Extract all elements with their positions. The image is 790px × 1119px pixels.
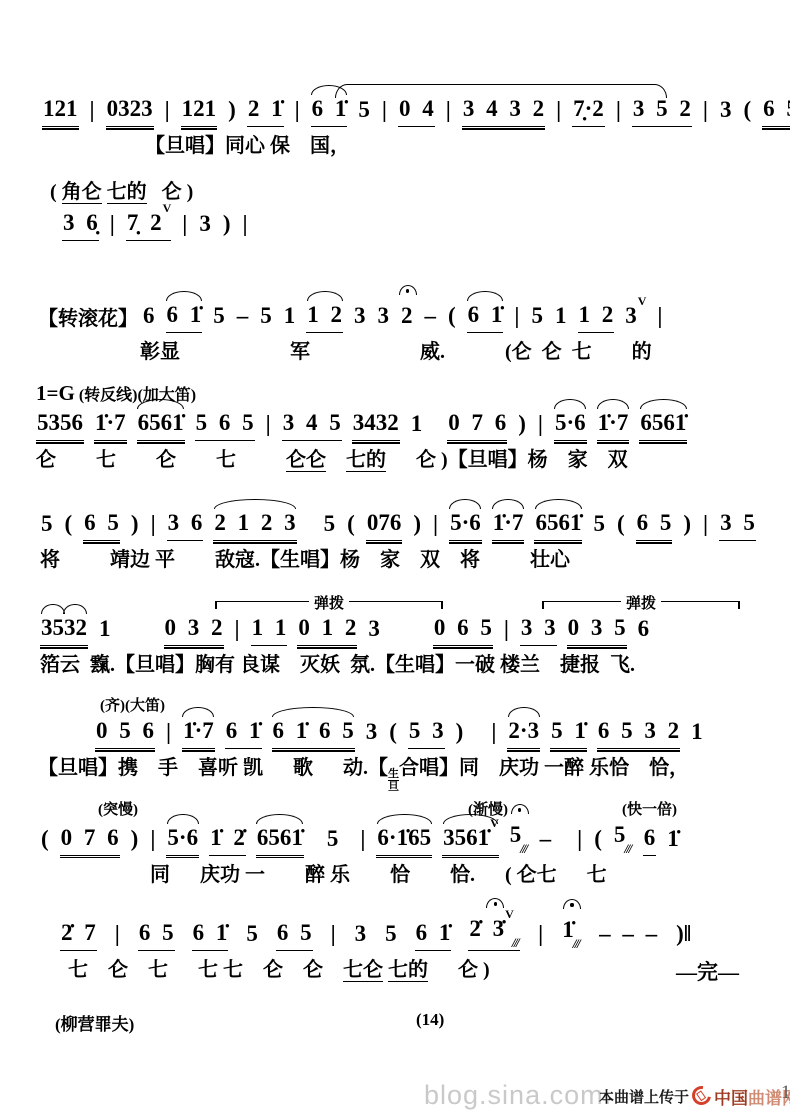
note-text: 6 1̇ 6 5 bbox=[273, 718, 354, 743]
note-token: 5 6 5 bbox=[195, 410, 255, 441]
music-system-8: (突慢) (渐慢) (快一倍) (0 7 6)|5·61̇ 2̇6561̇5|6… bbox=[40, 798, 780, 887]
note-token: 5 bbox=[384, 921, 398, 951]
lyric-segment: 仑 ) bbox=[147, 181, 194, 203]
note-token: | bbox=[503, 616, 510, 646]
slur-arc bbox=[167, 814, 199, 824]
note-token: ) bbox=[517, 411, 527, 441]
note-text: 6 5 bbox=[277, 920, 312, 945]
tremolo-mark: /// bbox=[512, 935, 518, 950]
note-text: ( bbox=[617, 511, 625, 536]
slur-arc bbox=[467, 291, 503, 301]
note-text: 6 bbox=[644, 825, 656, 850]
lyric-segment: 同 庆功 一 醉 乐 恰 恰. ( 仑七 七 bbox=[150, 864, 607, 886]
note-token: 076 bbox=[366, 510, 403, 541]
plucked-strings-bracket-1: 弹拨 bbox=[215, 601, 443, 610]
lyrics-line: 七 仑 七 七 七 仑 仑 七仑 七的 仑 ) bbox=[68, 958, 709, 982]
note-token: 5356 bbox=[36, 410, 84, 441]
notes-line: 3 6̣|7̣ 2V|3)| bbox=[62, 210, 259, 241]
note-text: 3 bbox=[368, 616, 380, 641]
note-token: 5 bbox=[326, 826, 340, 856]
note-text: 0 4 bbox=[399, 96, 434, 121]
stacked-role-char: 生 bbox=[388, 768, 399, 781]
site-brand-name: 中国曲谱网 bbox=[714, 1084, 790, 1109]
note-text: | bbox=[538, 921, 543, 946]
note-token: 5 1̇ bbox=[550, 718, 587, 749]
note-token: 6 1̇ 6 5 bbox=[272, 718, 355, 749]
note-token: | bbox=[576, 826, 583, 856]
lyric-segment: 仑仑 bbox=[286, 449, 326, 472]
note-text: ( bbox=[41, 826, 49, 851]
note-text: 3561̇ bbox=[443, 825, 489, 850]
note-token: 1̇·7 bbox=[182, 718, 215, 749]
note-text: 3 3 bbox=[521, 615, 556, 640]
note-text: | bbox=[577, 826, 582, 851]
note-text: ( bbox=[448, 303, 456, 328]
note-text: 6 5 3 2 bbox=[598, 718, 679, 743]
note-text: | bbox=[331, 921, 336, 946]
key-annotation: (转反线)(加大笛) bbox=[79, 387, 196, 404]
note-text: | bbox=[151, 511, 156, 536]
note-token: 3532 bbox=[40, 615, 88, 646]
note-token: 6 5 bbox=[83, 510, 120, 541]
upload-credit-text: 本曲谱上传于 bbox=[599, 1086, 689, 1107]
note-token: | bbox=[330, 921, 337, 951]
note-token: 5 bbox=[531, 303, 545, 333]
note-token: | bbox=[265, 411, 272, 441]
lyric-segment: 【旦唱】携 手 喜听 凯 歌 动.【 bbox=[38, 757, 388, 779]
note-text: – bbox=[425, 303, 437, 328]
note-token: 6 1̇ bbox=[311, 96, 348, 127]
note-text: 0323 bbox=[107, 96, 153, 121]
note-token: 3 3 bbox=[520, 615, 557, 646]
note-text: ) bbox=[131, 826, 139, 851]
note-text: | bbox=[504, 616, 509, 641]
note-text: | bbox=[235, 616, 240, 641]
note-token: 1̇ bbox=[666, 826, 680, 856]
note-text: ) bbox=[413, 511, 421, 536]
fermata-icon bbox=[399, 285, 417, 295]
note-text: 6 1̇ bbox=[226, 718, 261, 743]
note-token: 1̇·7 bbox=[94, 410, 127, 441]
note-token: 3 bbox=[377, 303, 391, 333]
note-text: | bbox=[166, 719, 171, 744]
note-token: | bbox=[615, 97, 622, 127]
slur-arc bbox=[214, 499, 296, 509]
note-text: 1 bbox=[284, 303, 296, 328]
note-text: 6·1̇65 bbox=[377, 825, 431, 850]
note-text: 1 bbox=[99, 616, 111, 641]
tremolo-mark: /// bbox=[520, 841, 526, 856]
bracket-label: 弹拨 bbox=[621, 592, 661, 613]
note-text: 6 bbox=[638, 616, 650, 641]
note-text: 2 bbox=[401, 303, 413, 328]
note-token: 121 bbox=[181, 96, 218, 127]
note-token: | bbox=[359, 826, 366, 856]
note-token: | bbox=[381, 97, 388, 127]
note-text: )‖ bbox=[676, 921, 691, 946]
note-text: 1 bbox=[691, 719, 703, 744]
note-text: 1 2 bbox=[579, 302, 614, 327]
music-system-4: 1=G (转反线)(加大笛) 53561̇·76561̇5 6 5|3 4 53… bbox=[36, 381, 697, 472]
note-token: | bbox=[513, 303, 520, 333]
note-token: 1 2 bbox=[306, 302, 343, 333]
brand-cn: 中国 bbox=[714, 1089, 748, 1108]
note-token: 3 5 2 bbox=[632, 96, 692, 127]
note-text: 3532 bbox=[41, 615, 87, 640]
note-text: 1̇·7 bbox=[183, 718, 214, 743]
note-token: 1 bbox=[98, 616, 112, 646]
note-text: 5 bbox=[532, 303, 544, 328]
note-token: | bbox=[114, 921, 121, 951]
note-text: 2 1̇ bbox=[248, 96, 283, 121]
note-text: | bbox=[360, 826, 365, 851]
note-token: | bbox=[165, 719, 172, 749]
note-token: 5·6 bbox=[449, 510, 482, 541]
note-token: 7̣ 2V bbox=[126, 210, 171, 241]
note-token: 3 4 3 2 bbox=[462, 96, 545, 127]
note-token: 5 bbox=[40, 511, 54, 541]
note-token: 0 3 2 bbox=[164, 615, 224, 646]
note-token: 5 3 bbox=[408, 718, 445, 749]
tempo-annotation-sudden-slow: (突慢) bbox=[98, 798, 138, 819]
note-token: 6 1̇ bbox=[166, 302, 203, 333]
note-token: 121 bbox=[42, 96, 79, 127]
note-token: 3 bbox=[365, 719, 379, 749]
note-token: | bbox=[149, 826, 156, 856]
note-text: 121 bbox=[43, 96, 78, 121]
note-text: 1̇·7 bbox=[95, 410, 126, 435]
note-text: | bbox=[266, 411, 271, 436]
note-token: | bbox=[89, 97, 96, 127]
note-token: ( bbox=[64, 511, 74, 541]
note-token: )‖ bbox=[675, 921, 692, 951]
note-text: 5 bbox=[327, 826, 339, 851]
note-text: | bbox=[382, 97, 387, 122]
notes-line: 0 5 6|1̇·76 1̇6 1̇ 6 53(5 3)|2·35 1̇6 5 … bbox=[95, 718, 714, 749]
note-text: 121 bbox=[182, 96, 217, 121]
note-text: ) bbox=[228, 97, 236, 122]
note-token: 5 bbox=[259, 303, 273, 333]
note-token: 5/// bbox=[509, 822, 529, 856]
note-token: | bbox=[234, 616, 241, 646]
note-text: 2̇ 7 bbox=[61, 920, 96, 945]
note-token: 0 5 6 bbox=[95, 718, 155, 749]
fermata-icon bbox=[511, 804, 529, 814]
notes-line: 2̇ 7|6 56 1̇56 5|356 1̇2̇ 3̇V///|1̇///– … bbox=[60, 916, 709, 951]
breath-mark: V bbox=[638, 294, 647, 308]
note-text: 5·6 bbox=[167, 825, 198, 850]
music-system-3: 【转滚花】 66 1̇5–511 2332–(6 1̇|511 23V| 彰显 … bbox=[38, 302, 674, 364]
note-token: | bbox=[432, 511, 439, 541]
lyric-segment bbox=[326, 449, 346, 471]
note-token: | bbox=[109, 211, 116, 241]
note-text: 1̇ bbox=[667, 826, 679, 851]
note-token: 6 5 bbox=[636, 510, 673, 541]
note-token: ( bbox=[40, 826, 50, 856]
note-token: 0323 bbox=[106, 96, 154, 127]
key-signature: 1=G bbox=[36, 381, 75, 405]
fermata-icon bbox=[563, 899, 581, 909]
stacked-role-char: 旦 bbox=[388, 781, 399, 793]
music-system-5: 5(6 5)|3 62 1 2 35(076)|5·61̇·76561̇5(6 … bbox=[40, 510, 766, 572]
note-text: | bbox=[150, 826, 155, 851]
note-token: ) bbox=[455, 719, 465, 749]
slur-arc bbox=[535, 499, 582, 509]
note-token: 1 1 bbox=[251, 615, 288, 646]
slur-arc bbox=[40, 604, 88, 613]
note-text: 6 5 bbox=[637, 510, 672, 535]
note-text: 3 bbox=[625, 303, 637, 328]
note-token: 2̇ 7 bbox=[60, 920, 97, 951]
note-text: 5 bbox=[385, 921, 397, 946]
note-text: | bbox=[165, 97, 170, 122]
note-token: ( bbox=[346, 511, 356, 541]
note-token: 6 5 3 2 bbox=[597, 718, 680, 749]
note-token: 3432 bbox=[352, 410, 400, 441]
note-token: 7̣·2 bbox=[572, 96, 605, 127]
note-text: 1 2 bbox=[307, 302, 342, 327]
note-token: ) bbox=[222, 211, 232, 241]
lyrics-line: ( 角仑 七的 仑 ) bbox=[50, 180, 259, 204]
note-text: 2 1 2 3 bbox=[214, 510, 295, 535]
note-token: 6 5 bbox=[138, 920, 175, 951]
note-token: 2 1̇ bbox=[247, 96, 284, 127]
note-token: | bbox=[490, 719, 497, 749]
fermata-icon bbox=[486, 898, 504, 908]
note-text: 3 bbox=[355, 921, 367, 946]
note-token: 1̇ 2̇ bbox=[209, 825, 246, 856]
sheet-music-page: { "symbols": {"breath": "V", "tremolo": … bbox=[0, 0, 790, 1119]
lyrics-line: 【旦唱】携 手 喜听 凯 歌 动.【生旦合唱】同 庆功 一醉 乐恰 恰， bbox=[38, 756, 714, 793]
note-token: 1̇/// bbox=[561, 917, 581, 951]
note-text: 0 5 6 bbox=[96, 718, 154, 743]
note-text: 1̇·7 bbox=[493, 510, 524, 535]
lyric-segment: 彰显 军 威. (仑 仑 七 的 bbox=[140, 341, 652, 363]
note-text: 6 5 bbox=[139, 920, 174, 945]
note-text: 3 5 bbox=[720, 510, 755, 535]
note-text: 5 bbox=[324, 511, 336, 536]
lyrics-line: 将 靖边 平 敌寇.【生唱】杨 家 双 将 壮心 bbox=[40, 548, 766, 572]
note-text: ( bbox=[594, 826, 602, 851]
note-token: 6561̇ bbox=[256, 825, 304, 856]
tremolo-mark: /// bbox=[573, 936, 579, 951]
note-text: 7̣ 2 bbox=[127, 210, 162, 235]
note-text: 2·3 bbox=[508, 718, 539, 743]
lyric-segment: 七的 bbox=[107, 181, 147, 204]
note-text: ) bbox=[223, 211, 231, 236]
note-token: 1 bbox=[410, 411, 424, 441]
note-text: 0 7 6 bbox=[448, 410, 506, 435]
note-token: 6·1̇65 bbox=[376, 825, 432, 856]
lyric-segment: 七的 bbox=[388, 959, 428, 982]
note-token: 5/// bbox=[613, 822, 633, 856]
note-token: 0 3 5 bbox=[567, 615, 627, 646]
notes-line: 66 1̇5–511 2332–(6 1̇|511 23V| bbox=[142, 302, 674, 333]
note-token: 3 bbox=[719, 97, 733, 127]
note-text: 0 3 5 bbox=[568, 615, 626, 640]
note-text: | bbox=[703, 511, 708, 536]
note-token: 1 bbox=[283, 303, 297, 333]
note-token: | bbox=[181, 211, 188, 241]
note-text: | bbox=[295, 97, 300, 122]
lyrics-line: 同 庆功 一 醉 乐 恰 恰. ( 仑七 七 bbox=[150, 863, 780, 887]
note-text: 6 1̇ bbox=[468, 302, 503, 327]
note-token: | bbox=[537, 411, 544, 441]
note-text: | bbox=[616, 97, 621, 122]
note-token: 2 1 2 3 bbox=[213, 510, 296, 541]
lyrics-line: 彰显 军 威. (仑 仑 七 的 bbox=[140, 340, 674, 364]
note-token: 6 1̇ bbox=[192, 920, 229, 951]
note-token: 2 bbox=[400, 303, 414, 333]
note-text: 3 6̣ bbox=[63, 210, 98, 235]
notes-line: (0 7 6)|5·61̇ 2̇6561̇5|6·1̇653561̇V5///–… bbox=[40, 822, 780, 856]
note-text: 7̣·2 bbox=[573, 96, 604, 121]
note-text: 1 bbox=[411, 411, 423, 436]
lyric-segment: 七的 bbox=[346, 449, 386, 472]
note-token: | bbox=[702, 97, 709, 127]
lyric-segment: 角仑 bbox=[62, 181, 102, 204]
note-token: | bbox=[537, 921, 544, 951]
note-text: 3 4 3 2 bbox=[463, 96, 544, 121]
plucked-strings-bracket-2: 弹拨 bbox=[542, 601, 740, 610]
note-text: 0 3 2 bbox=[165, 615, 223, 640]
key-signature-row: 1=G (转反线)(加大笛) bbox=[36, 381, 697, 406]
note-text: ( bbox=[347, 511, 355, 536]
note-text: 5 bbox=[358, 97, 370, 122]
note-text: | bbox=[90, 97, 95, 122]
note-text: | bbox=[538, 411, 543, 436]
note-text: | bbox=[657, 303, 662, 328]
note-token: 6 5 bbox=[762, 96, 790, 127]
note-token: | bbox=[164, 97, 171, 127]
note-token: 3 bbox=[354, 921, 368, 951]
end-mark: —完— bbox=[676, 956, 739, 986]
note-token: 0 1 2 bbox=[297, 615, 357, 646]
note-text: ) bbox=[518, 411, 526, 436]
note-token: 5 bbox=[357, 97, 371, 127]
note-token: 1 2 bbox=[578, 302, 615, 333]
note-token: ) bbox=[130, 511, 140, 541]
note-text: 6561̇ bbox=[535, 510, 581, 535]
opera-title-footer: (柳营罪夫) bbox=[55, 1010, 134, 1035]
music-system-2: ( 角仑 七的 仑 ) 3 6̣|7̣ 2V|3)| bbox=[50, 180, 259, 241]
note-token: | bbox=[656, 303, 663, 333]
note-token: | bbox=[150, 511, 157, 541]
note-token: ( bbox=[616, 511, 626, 541]
note-token: 6 5 bbox=[276, 920, 313, 951]
note-text: | bbox=[433, 511, 438, 536]
slur-arc bbox=[377, 814, 432, 824]
note-text: 3 5 2 bbox=[633, 96, 691, 121]
note-text: 5 1̇ bbox=[551, 718, 586, 743]
note-token: ) bbox=[682, 511, 692, 541]
note-text: 0 7 6 bbox=[61, 825, 119, 850]
breath-mark: V bbox=[505, 907, 514, 921]
lyric-segment: 仑 七 仑 七 bbox=[36, 449, 286, 471]
note-text: 6561̇ bbox=[257, 825, 303, 850]
music-system-1: 121|0323|121)2 1̇|6 1̇5|0 4|3 4 3 2|7̣·2… bbox=[42, 96, 790, 158]
note-token: – bbox=[424, 303, 438, 333]
note-text: 3 bbox=[366, 719, 378, 744]
note-token: 5 bbox=[592, 511, 606, 541]
note-token: 0 4 bbox=[398, 96, 435, 127]
page-number: (14) bbox=[416, 1010, 444, 1030]
note-text: 3 bbox=[720, 97, 732, 122]
note-text: 076 bbox=[367, 510, 402, 535]
lyric-segment: 将 靖边 平 敌寇.【生唱】杨 家 双 将 壮心 bbox=[40, 549, 570, 571]
note-text: 5·6 bbox=[450, 510, 481, 535]
music-system-7: (齐)(大笛) 0 5 6|1̇·76 1̇6 1̇ 6 53(5 3)|2·3… bbox=[38, 694, 714, 793]
note-text: | bbox=[182, 211, 187, 236]
lyrics-line: 仑 七 仑 七 仑仑 七的 仑 )【旦唱】杨 家 双 bbox=[36, 448, 697, 472]
note-text: 3 6 bbox=[168, 510, 203, 535]
note-text: ) bbox=[131, 511, 139, 536]
note-text: 5 bbox=[41, 511, 53, 536]
note-text: 1̇ 2̇ bbox=[210, 825, 245, 850]
note-token: ( bbox=[742, 97, 752, 127]
note-text: 1 1 bbox=[252, 615, 287, 640]
note-text: | bbox=[556, 97, 561, 122]
note-token: – bbox=[539, 826, 553, 856]
breath-mark: V bbox=[163, 201, 172, 215]
note-text: 5 6 5 bbox=[196, 410, 254, 435]
note-token: 6 1̇ bbox=[467, 302, 504, 333]
note-text: 3432 bbox=[353, 410, 399, 435]
note-text: 3 bbox=[199, 211, 211, 236]
note-text: 5356 bbox=[37, 410, 83, 435]
note-token: 3 4 5 bbox=[282, 410, 342, 441]
note-token: 1̇·7 bbox=[492, 510, 525, 541]
slur-arc bbox=[449, 499, 481, 509]
note-text: ( bbox=[65, 511, 73, 536]
notes-line: 121|0323|121)2 1̇|6 1̇5|0 4|3 4 3 2|7̣·2… bbox=[42, 96, 790, 127]
note-token: ) bbox=[130, 826, 140, 856]
note-token: 6561̇ bbox=[137, 410, 185, 441]
note-token: 3 6 bbox=[167, 510, 204, 541]
note-text: ( bbox=[389, 719, 397, 744]
note-token: | bbox=[445, 97, 452, 127]
note-text: | bbox=[110, 211, 115, 236]
note-token: 0 6 5 bbox=[433, 615, 493, 646]
note-token: ) bbox=[412, 511, 422, 541]
note-token: 1 bbox=[554, 303, 568, 333]
note-text: 6561̇ bbox=[640, 410, 686, 435]
note-text: 5·6 bbox=[555, 410, 586, 435]
note-text: 3 4 5 bbox=[283, 410, 341, 435]
note-text: 3 bbox=[378, 303, 390, 328]
lyric-segment: 【旦唱】同心 保 国， bbox=[145, 135, 350, 157]
note-token: | bbox=[242, 211, 249, 241]
bracket-label: 弹拨 bbox=[309, 592, 349, 613]
note-token: 6 bbox=[142, 303, 156, 333]
qupu-site-logo-icon bbox=[688, 1082, 714, 1108]
note-token: 3 5 bbox=[719, 510, 756, 541]
note-text: | bbox=[491, 719, 496, 744]
note-text: – – – bbox=[599, 921, 657, 946]
bottom-banner: blog.sina.com. 本曲谱上传于 中国曲谱网 1 bbox=[0, 1072, 790, 1119]
note-token: 3 bbox=[198, 211, 212, 241]
note-token: 0 7 6 bbox=[60, 825, 120, 856]
slur-arc bbox=[307, 291, 343, 301]
note-text: 0 6 5 bbox=[434, 615, 492, 640]
note-text: ( bbox=[743, 97, 751, 122]
note-token: ) bbox=[227, 97, 237, 127]
note-text: 6 1̇ bbox=[167, 302, 202, 327]
note-token: | bbox=[555, 97, 562, 127]
note-text: 1̇·7 bbox=[598, 410, 629, 435]
note-token: ( bbox=[593, 826, 603, 856]
note-token: 3561̇V bbox=[442, 825, 499, 856]
